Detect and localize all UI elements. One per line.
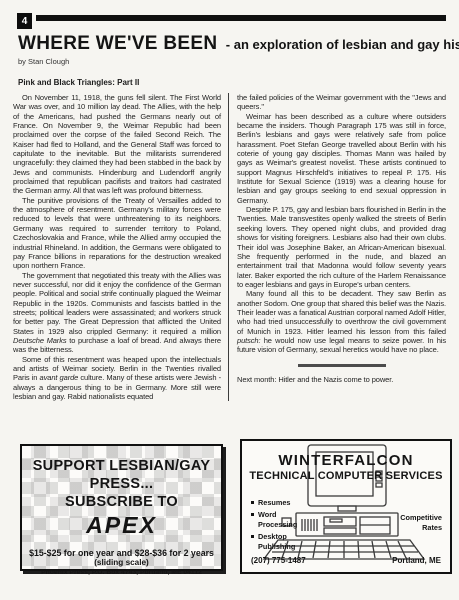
right-column: the failed policies of the Weimar govern… (229, 93, 446, 401)
winterfalcon-name: WINTERFALCON (242, 452, 450, 469)
section-end-rule (298, 364, 386, 367)
apex-pricing: $15-$25 for one year and $28-$36 for 2 y… (22, 548, 221, 558)
bullet-icon (251, 513, 254, 516)
apex-ad-line: SUBSCRIBE TO (22, 493, 221, 511)
service-label: Desktop Publishing (258, 532, 305, 551)
article-body: On November 11, 1918, the guns fell sile… (13, 93, 449, 401)
article-title-line: WHERE WE'VE BEEN - an exploration of les… (18, 33, 449, 55)
winterfalcon-tagline: TECHNICAL COMPUTER SERVICES (242, 470, 450, 482)
apex-address: Phoenix Press, P.O. Box 4743, Portland, … (22, 569, 221, 576)
location-label: Portland, ME (392, 556, 441, 565)
apex-ad-line: PRESS... (22, 475, 221, 493)
apex-pricing-note: (sliding scale) (22, 558, 221, 567)
left-column: On November 11, 1918, the guns fell sile… (13, 93, 228, 401)
winterfalcon-ad: WINTERFALCON TECHNICAL COMPUTER SERVICES… (240, 439, 452, 574)
article-title: WHERE WE'VE BEEN (18, 33, 217, 54)
article-paragraph: The punitive provisions of the Treaty of… (13, 196, 221, 271)
byline: by Stan Clough (18, 57, 449, 66)
service-item: Desktop Publishing (251, 532, 305, 551)
winterfalcon-header: WINTERFALCON TECHNICAL COMPUTER SERVICES (242, 452, 450, 482)
bullet-icon (251, 501, 254, 504)
section-heading: Pink and Black Triangles: Part II (18, 78, 139, 87)
apex-logo-text: APEX (22, 512, 221, 539)
phone-number: (207) 775-1487 (251, 556, 306, 565)
service-label: Resumes (258, 498, 290, 507)
article-paragraph: Despite P. 175, gay and lesbian bars flo… (237, 205, 446, 289)
bullet-icon (251, 535, 254, 538)
article-paragraph: Weimar has been described as a culture w… (237, 112, 446, 205)
article-subtitle: - an exploration of lesbian and gay hist… (226, 37, 459, 52)
article-paragraph: Some of this resentment was heaped upon … (13, 355, 221, 402)
article-paragraph: The government that negotiated this trea… (13, 271, 221, 355)
services-list: Resumes Word Processing Desktop Publishi… (251, 498, 305, 554)
service-label: Word Processing (258, 510, 305, 529)
next-month-note: Next month: Hitler and the Nazis come to… (237, 375, 446, 384)
apex-subscription-ad: SUPPORT LESBIAN/GAY PRESS... SUBSCRIBE T… (20, 444, 223, 571)
scanned-newsletter-page: 4 WHERE WE'VE BEEN - an exploration of l… (0, 0, 459, 600)
monitor-stand (338, 506, 356, 511)
article-header: WHERE WE'VE BEEN - an exploration of les… (18, 33, 449, 66)
competitive-rates-label: Competitive Rates (390, 513, 442, 533)
service-item: Resumes (251, 498, 305, 507)
header-rule (36, 15, 446, 21)
article-paragraph: On November 11, 1918, the guns fell sile… (13, 93, 221, 196)
page-number: 4 (17, 13, 32, 29)
apex-ad-line: SUPPORT LESBIAN/GAY (22, 457, 221, 475)
article-paragraph: the failed policies of the Weimar govern… (237, 93, 446, 112)
service-item: Word Processing (251, 510, 305, 529)
floppy-drive (324, 528, 356, 534)
article-paragraph: Many found all this to be decadent. They… (237, 289, 446, 354)
